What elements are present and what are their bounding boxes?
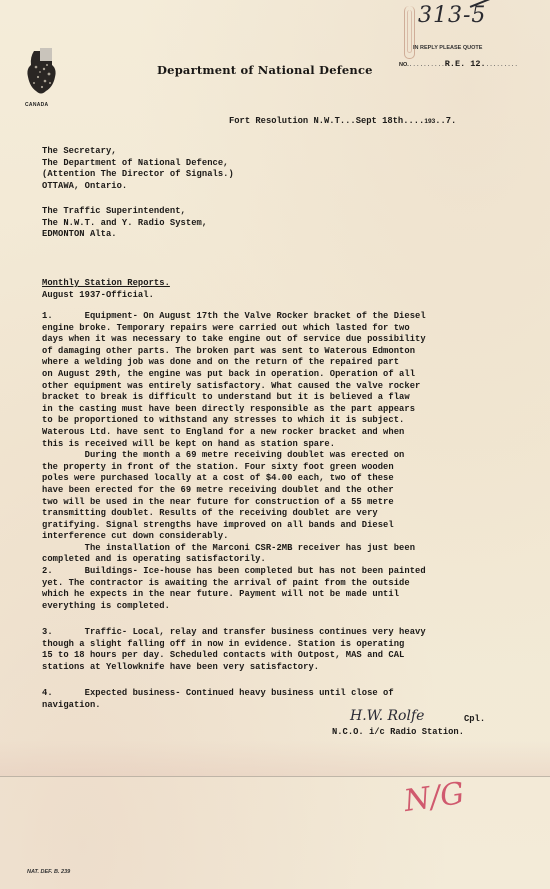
sender-line: The Traffic Superintendent, bbox=[42, 206, 207, 218]
canada-coat-of-arms-icon bbox=[22, 47, 60, 97]
dotted-leader: ......... bbox=[486, 61, 518, 68]
letter-page: CANADA Department of National Defence 31… bbox=[0, 0, 550, 889]
crest-label: CANADA bbox=[25, 102, 48, 108]
dateline-date: Sept 18th bbox=[356, 116, 404, 126]
recipient-address: The Secretary,The Department of National… bbox=[42, 146, 234, 192]
form-number: NAT. DEF. B. 239 bbox=[27, 869, 70, 875]
paperclip-inner bbox=[407, 10, 412, 53]
reply-number: NO...........R.E. 12.......... bbox=[399, 59, 518, 69]
fold-shadow bbox=[0, 740, 550, 776]
handwritten-file-number: 313-5 bbox=[418, 3, 486, 28]
dotted-leader: .. bbox=[435, 116, 446, 126]
dateline: Fort Resolution N.W.T...Sept 18th....193… bbox=[229, 116, 456, 126]
dotted-leader: .. bbox=[345, 116, 356, 126]
subject-block: Monthly Station Reports.August 1937-Offi… bbox=[42, 278, 170, 301]
dotted-leader: .......... bbox=[409, 61, 445, 68]
red-pencil-annotation: N/G bbox=[402, 776, 467, 819]
subject-subtitle: August 1937-Official. bbox=[42, 290, 170, 302]
dateline-year-suffix: 7. bbox=[446, 116, 457, 126]
dateline-year-prefix: 193 bbox=[424, 118, 435, 125]
reply-number-label: NO. bbox=[399, 62, 409, 68]
dateline-place: Fort Resolution N.W.T. bbox=[229, 116, 345, 126]
recipient-line: The Secretary, bbox=[42, 146, 234, 158]
department-title: Department of National Defence bbox=[157, 63, 373, 77]
recipient-line: The Department of National Defence, bbox=[42, 158, 234, 170]
recipient-line: (Attention The Director of Signals.) bbox=[42, 169, 234, 181]
reply-number-value: R.E. 12. bbox=[445, 59, 486, 69]
paragraph-traffic: 3. Traffic- Local, relay and transfer bu… bbox=[42, 627, 426, 673]
sender-line: The N.W.T. and Y. Radio System, bbox=[42, 218, 207, 230]
sender-address: The Traffic Superintendent,The N.W.T. an… bbox=[42, 206, 207, 241]
handwritten-signature: H.W. Rolfe bbox=[350, 708, 424, 724]
paper-fold-line bbox=[0, 776, 550, 777]
dotted-leader: .... bbox=[403, 116, 424, 126]
recipient-line: OTTAWA, Ontario. bbox=[42, 181, 234, 193]
reply-quote-label: IN REPLY PLEASE QUOTE bbox=[413, 45, 482, 51]
paragraph-buildings: 2. Buildings- Ice-house has been complet… bbox=[42, 566, 426, 612]
paragraph-equipment: 1. Equipment- On August 17th the Valve R… bbox=[42, 311, 426, 566]
signature-title: N.C.O. i/c Radio Station. bbox=[332, 727, 464, 737]
subject-title: Monthly Station Reports. bbox=[42, 278, 170, 290]
paragraph-expected-business: 4. Expected business- Continued heavy bu… bbox=[42, 688, 394, 711]
signature-rank: Cpl. bbox=[464, 714, 485, 724]
sender-line: EDMONTON Alta. bbox=[42, 229, 207, 241]
